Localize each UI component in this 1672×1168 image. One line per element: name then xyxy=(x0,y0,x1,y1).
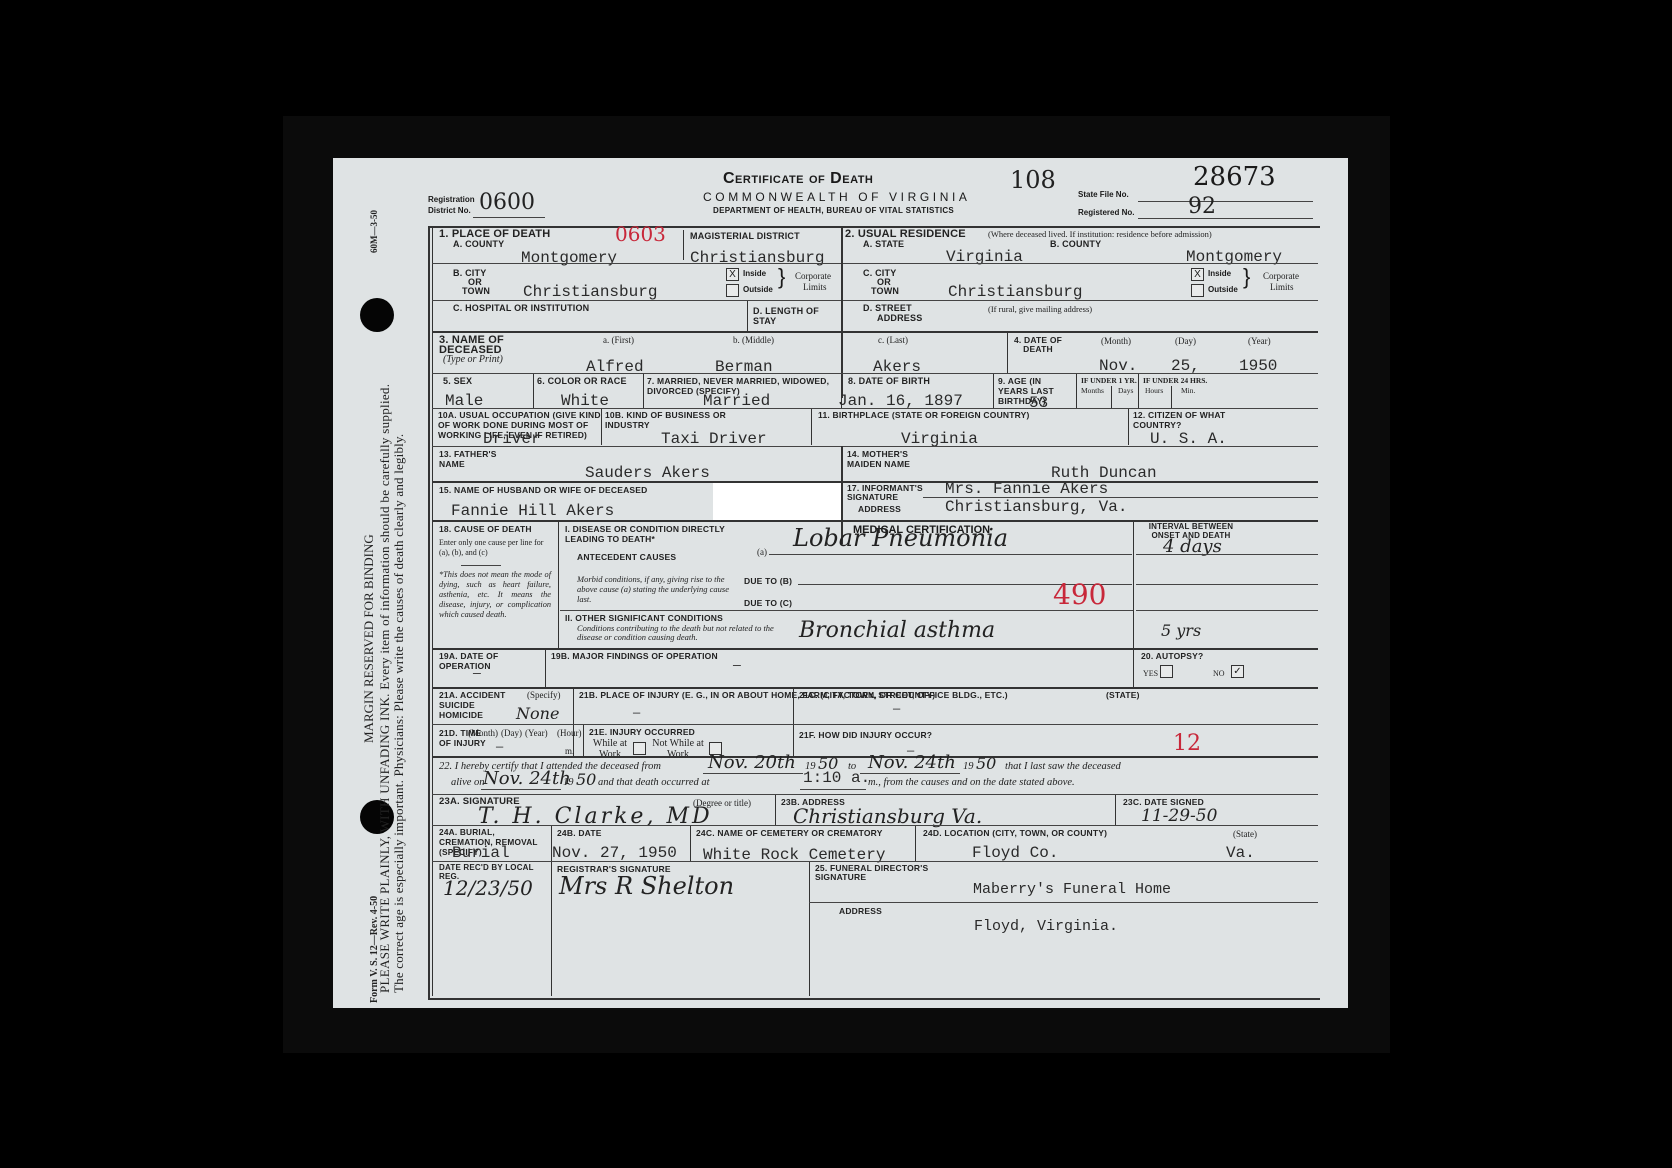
usual-residence-label: 2. USUAL RESIDENCE xyxy=(845,229,966,239)
interval-other-value: 5 yrs xyxy=(1161,621,1201,640)
death-certificate: Form V. S. 12—Rev. 4-50 60M—3-50 MARGIN … xyxy=(333,158,1348,1008)
residence-inside-checkbox[interactable]: X xyxy=(1191,268,1204,281)
operation-date-label: 19a. DATE OF OPERATION xyxy=(439,651,544,671)
brace-icon: } xyxy=(778,264,785,290)
alive-on-label: alive on xyxy=(451,778,485,788)
cemetery-label: 24c. NAME OF CEMETERY OR CREMATORY xyxy=(696,828,883,838)
informant-label: 17. INFORMANT'S SIGNATURE xyxy=(847,484,927,502)
other-conditions-label: II. OTHER SIGNIFICANT CONDITIONS xyxy=(565,613,723,623)
code-12: 12 xyxy=(1173,731,1201,756)
corporate-label: Corporate xyxy=(795,271,831,281)
length-of-stay-label: d. LENGTH OF STAY xyxy=(753,306,838,326)
binding-margin-note: MARGIN RESERVED FOR BINDING xyxy=(361,534,377,743)
injury-time-value: — xyxy=(496,740,503,754)
autopsy-yes-checkbox[interactable] xyxy=(1160,665,1173,678)
certify-text-2: that I last saw the deceased xyxy=(1005,762,1121,772)
registrar-signature: Mrs R Shelton xyxy=(559,872,734,900)
injury-place-value: — xyxy=(633,706,640,720)
death-city-value: Christiansburg xyxy=(523,283,657,301)
injury-month-label: (Month) xyxy=(468,728,498,738)
certify-text-4: m., from the causes and on the date stat… xyxy=(868,778,1075,788)
alive-on-date: Nov. 24th xyxy=(483,768,571,789)
other-conditions-note: Conditions contributing to the death but… xyxy=(577,624,787,642)
spouse-value: Fannie Hill Akers xyxy=(451,502,614,520)
limits-label: Limits xyxy=(803,282,827,292)
cause-note: Enter only one cause per line for (a), (… xyxy=(439,538,551,558)
birthplace-label: 11. BIRTHPLACE (State or foreign country… xyxy=(818,410,1030,420)
registration-district-no: 0600 xyxy=(479,190,535,215)
alive-on-year: 50 xyxy=(576,770,596,789)
informant-address-value: Christiansburg, Va. xyxy=(945,498,1127,516)
hospital-label: c. HOSPITAL OR INSTITUTION xyxy=(453,303,589,313)
injury-day-label: (Day) xyxy=(501,728,522,738)
last-name-label: c. (Last) xyxy=(878,335,908,345)
injury-hour-label: (Hour) xyxy=(557,728,582,738)
residence-outside-checkbox[interactable] xyxy=(1191,284,1204,297)
instruction-line-2: The correct age is especially important.… xyxy=(391,434,407,993)
punch-hole-icon xyxy=(360,298,394,332)
street-address-label: ADDRESS xyxy=(877,313,922,323)
attended-to-year: 50 xyxy=(976,754,996,773)
commonwealth-title: COMMONWEALTH OF VIRGINIA xyxy=(703,190,971,204)
injury-city-label: 21c. (CITY, TOWN, OR COUNTY) xyxy=(799,690,935,700)
residence-outside-label: Outside xyxy=(1208,285,1238,294)
burial-state-value: Va. xyxy=(1226,844,1255,862)
injury-state-label: (STATE) xyxy=(1106,690,1140,700)
funeral-director-label: 25. FUNERAL DIRECTOR'S SIGNATURE xyxy=(815,864,935,882)
outside-checkbox[interactable] xyxy=(726,284,739,297)
burial-location-label: 24d. LOCATION (City, town, or county) xyxy=(923,828,1107,838)
burial-date-value: Nov. 27, 1950 xyxy=(552,844,677,862)
street-note: (If rural, give mailing address) xyxy=(988,304,1092,314)
inside-checkbox[interactable]: X xyxy=(726,268,739,281)
magisterial-label: MAGISTERIAL DISTRICT xyxy=(690,231,800,241)
citizen-label: 12. CITIZEN OF WHAT COUNTRY? xyxy=(1133,410,1233,430)
operation-date-value: — xyxy=(473,666,481,681)
death-county-value: Montgomery xyxy=(521,249,617,267)
death-year-label: (Year) xyxy=(1248,336,1271,346)
residence-corporate-label: Corporate xyxy=(1263,271,1299,281)
cause-c-label: DUE TO (c) xyxy=(744,598,792,608)
autopsy-no-checkbox[interactable]: ✓ xyxy=(1231,665,1244,678)
state-file-label: State File No. xyxy=(1078,190,1129,199)
while-at-work-checkbox[interactable] xyxy=(633,742,646,755)
certificate-title: Certificate of Death xyxy=(723,170,873,188)
mother-label: 14. MOTHER'S MAIDEN NAME xyxy=(847,449,937,469)
residence-inside-label: Inside xyxy=(1208,269,1231,278)
icd-code-490: 490 xyxy=(1053,578,1106,611)
informant-address-label: ADDRESS xyxy=(858,504,901,514)
cause-a-value: Lobar Pneumonia xyxy=(793,524,1008,552)
place-code-0603: 0603 xyxy=(615,222,666,246)
date-signed-value: 11-29-50 xyxy=(1141,806,1217,826)
age-value: 53 xyxy=(1029,394,1048,412)
operation-findings-label: 19b. MAJOR FINDINGS OF OPERATION xyxy=(551,651,718,661)
registered-label: Registered No. xyxy=(1078,208,1134,217)
days-label: Days xyxy=(1118,386,1133,396)
funeral-address-label: ADDRESS xyxy=(839,906,882,916)
injury-occurred-label: 21e. INJURY OCCURRED xyxy=(589,727,695,737)
burial-state-label: (State) xyxy=(1233,829,1257,839)
name-of-deceased-label: 3. NAME OF DECEASED xyxy=(439,335,529,355)
certify-text-3: and that death occurred at xyxy=(598,778,710,788)
town-label: TOWN xyxy=(462,286,490,296)
under-24hrs-label: IF UNDER 24 HRS. xyxy=(1143,376,1207,386)
department-title: Department of Health, Bureau of Vital St… xyxy=(713,206,954,215)
operation-findings-value: — xyxy=(733,658,741,673)
registration-district-label: Registration District No. xyxy=(428,194,475,216)
first-name-label: a. (First) xyxy=(603,335,634,345)
middle-name-label: b. (Middle) xyxy=(733,335,774,345)
injury-year-label: (Year) xyxy=(525,728,548,738)
race-label: 6. COLOR OR RACE xyxy=(537,376,627,386)
burial-date-label: 24b. DATE xyxy=(557,828,602,838)
handwritten-108: 108 xyxy=(1010,166,1056,194)
sex-label: 5. SEX xyxy=(443,376,472,386)
death-day-label: (Day) xyxy=(1175,336,1196,346)
antecedent-causes-label: ANTECEDENT CAUSES xyxy=(577,552,676,562)
cause-footnote: *This does not mean the mode of dying, s… xyxy=(439,570,551,620)
under-1yr-label: IF UNDER 1 YR. xyxy=(1081,376,1137,386)
disease-label: I. DISEASE OR CONDITION DIRECTLY LEADING… xyxy=(565,524,725,544)
morbid-note: Morbid conditions, if any, giving rise t… xyxy=(577,574,742,604)
death-month-label: (Month) xyxy=(1101,336,1131,346)
autopsy-label: 20. AUTOPSY? xyxy=(1141,651,1203,661)
state-file-no: 28673 xyxy=(1193,162,1276,192)
injury-city-value: — xyxy=(893,702,900,716)
magisterial-value: Christiansburg xyxy=(690,249,824,267)
brace-icon: } xyxy=(1243,264,1250,290)
minutes-label: Min. xyxy=(1181,386,1195,396)
residence-county-label: b. COUNTY xyxy=(1050,239,1101,249)
date-of-birth-label: 8. DATE OF BIRTH xyxy=(848,376,930,386)
redaction-box xyxy=(713,483,841,520)
autopsy-no-label: NO xyxy=(1213,669,1225,679)
residence-note: (Where deceased lived. If institution: r… xyxy=(988,229,1212,239)
autopsy-yes-label: YES xyxy=(1143,669,1158,679)
business-label: 10b. KIND OF BUSINESS OR INDUSTRY xyxy=(605,410,745,430)
other-conditions-value: Bronchial asthma xyxy=(799,618,995,643)
attended-from-date: Nov. 20th xyxy=(708,752,796,773)
father-value: Sauders Akers xyxy=(585,464,710,482)
injury-type-value: None xyxy=(516,704,559,723)
attended-to-date: Nov. 24th xyxy=(868,752,956,773)
cause-of-death-label: 18. CAUSE OF DEATH xyxy=(439,524,532,534)
time-of-death-value: 1:10 a. xyxy=(803,769,870,787)
hours-label: Hours xyxy=(1145,386,1163,396)
cause-b-label: DUE TO (b) xyxy=(744,576,792,586)
county-label: a. COUNTY xyxy=(453,239,504,249)
type-or-print-label: (Type or Print) xyxy=(443,355,503,365)
informant-value: Mrs. Fannie Akers xyxy=(945,480,1108,498)
date-of-death-label: 4. DATE OF DEATH xyxy=(1013,336,1063,354)
residence-state-label: a. STATE xyxy=(863,239,904,249)
injury-type-label: 21a. ACCIDENT SUICIDE HOMICIDE xyxy=(439,690,519,720)
residence-city-value: Christiansburg xyxy=(948,283,1082,301)
residence-town-label: TOWN xyxy=(871,286,899,296)
print-code: 60M—3-50 xyxy=(369,210,379,253)
registered-no: 92 xyxy=(1188,194,1216,219)
place-of-death-label: 1. PLACE OF DEATH xyxy=(439,229,550,239)
date-received-value: 12/23/50 xyxy=(443,876,533,900)
spouse-label: 15. NAME OF HUSBAND OR WIFE OF DECEASED xyxy=(439,485,648,495)
outside-label: Outside xyxy=(743,285,773,294)
months-label: Months xyxy=(1081,386,1104,396)
injury-how-label: 21f. HOW DID INJURY OCCUR? xyxy=(799,730,932,740)
burial-location-value: Floyd Co. xyxy=(972,844,1058,862)
disposition-value: Burial xyxy=(452,844,510,862)
inside-label: Inside xyxy=(743,269,766,278)
residence-limits-label: Limits xyxy=(1270,282,1294,292)
year-prefix: 19 xyxy=(563,778,574,788)
injury-m-label: m. xyxy=(565,746,574,756)
funeral-director-value: Maberry's Funeral Home xyxy=(973,881,1171,898)
cause-a-label: (a) xyxy=(757,547,767,557)
injury-specify-label: (Specify) xyxy=(527,690,561,700)
year-prefix: 19 xyxy=(963,762,974,772)
father-label: 13. FATHER'S NAME xyxy=(439,449,499,469)
street-label: d. STREET xyxy=(863,303,912,313)
funeral-address-value: Floyd, Virginia. xyxy=(974,918,1118,935)
